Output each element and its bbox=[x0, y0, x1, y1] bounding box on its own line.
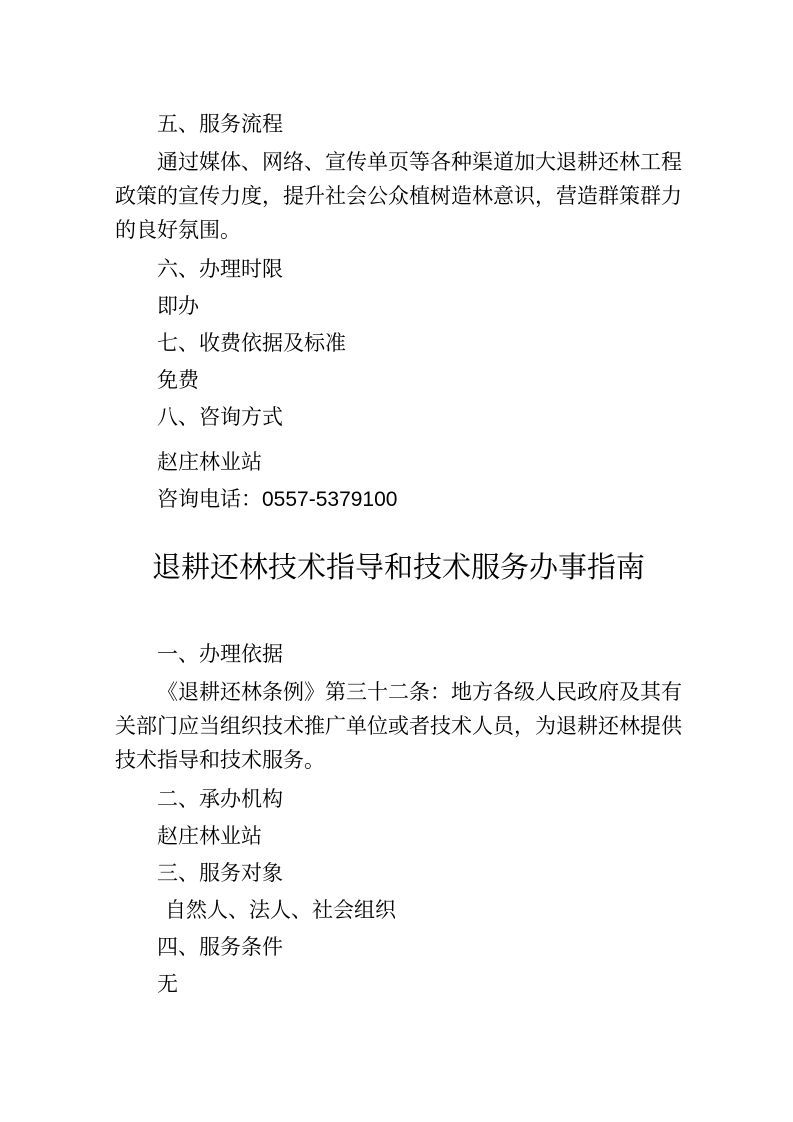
section-heading-service-target: 三、服务对象 bbox=[115, 855, 682, 892]
section-body-service-target: 自然人、法人、社会组织 bbox=[115, 892, 682, 929]
section-body-consultation-org: 赵庄林业站 bbox=[115, 444, 682, 481]
section-heading-time-limit: 六、办理时限 bbox=[115, 251, 682, 288]
guide-title: 退耕还林技术指导和技术服务办事指南 bbox=[115, 544, 682, 592]
section-body-basis: 《退耕还林条例》第三十二条：地方各级人民政府及其有关部门应当组织技术推广单位或者… bbox=[115, 676, 682, 778]
section-body-fee-basis: 免费 bbox=[115, 362, 682, 399]
guide-part-2: 退耕还林技术指导和技术服务办事指南 一、办理依据 《退耕还林条例》第三十二条：地… bbox=[115, 544, 682, 1003]
section-heading-service-process: 五、服务流程 bbox=[115, 106, 682, 143]
section-body-consultation-phone: 咨询电话：0557-5379100 bbox=[115, 481, 682, 518]
section-body-undertaking-org: 赵庄林业站 bbox=[115, 818, 682, 855]
section-body-time-limit: 即办 bbox=[115, 288, 682, 325]
section-body-service-condition: 无 bbox=[115, 966, 682, 1003]
section-body-service-process: 通过媒体、网络、宣传单页等各种渠道加大退耕还林工程政策的宣传力度，提升社会公众植… bbox=[115, 146, 682, 248]
section-heading-undertaking-org: 二、承办机构 bbox=[115, 781, 682, 818]
section-heading-basis: 一、办理依据 bbox=[115, 636, 682, 673]
guide-part-1: 五、服务流程 通过媒体、网络、宣传单页等各种渠道加大退耕还林工程政策的宣传力度，… bbox=[115, 106, 682, 518]
document-page: 五、服务流程 通过媒体、网络、宣传单页等各种渠道加大退耕还林工程政策的宣传力度，… bbox=[0, 0, 793, 1122]
section-heading-service-condition: 四、服务条件 bbox=[115, 929, 682, 966]
section-heading-fee-basis: 七、收费依据及标准 bbox=[115, 325, 682, 362]
section-heading-consultation: 八、咨询方式 bbox=[115, 399, 682, 436]
